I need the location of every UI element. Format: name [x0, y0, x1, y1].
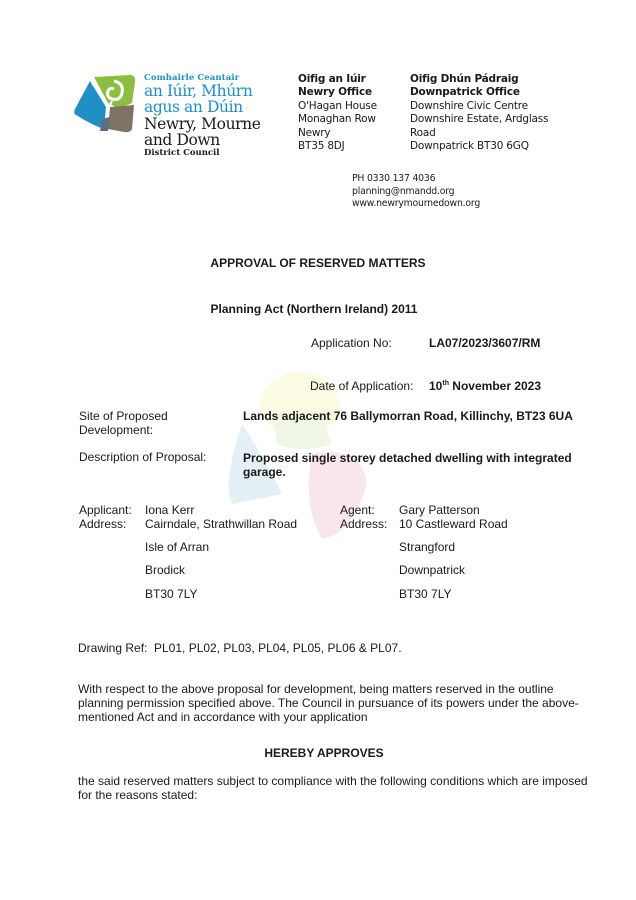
applicant-address-label: Address: — [79, 517, 126, 531]
council-name-english-small: District Council — [144, 148, 261, 159]
site-value: Lands adjacent 76 Ballymorran Road, Kill… — [243, 409, 573, 423]
date-day: 10 — [429, 379, 442, 393]
applicant-label: Applicant: — [79, 503, 132, 517]
agent-address-line: Downpatrick — [399, 563, 465, 577]
newry-office-line: O'Hagan House — [298, 100, 377, 113]
site-label: Site of Proposed Development: — [79, 409, 168, 437]
approval-paragraph: With respect to the above proposal for d… — [78, 682, 579, 724]
email-link[interactable]: planning@nmandd.org — [352, 186, 480, 199]
contact-details: PH 0330 137 4036 planning@nmandd.org www… — [352, 173, 480, 211]
applicant-address-line: Isle of Arran — [145, 540, 209, 554]
downpatrick-office-line: Downshire Estate, Ardglass — [410, 113, 548, 126]
paragraph-line: planning permission specified above. The… — [78, 696, 579, 710]
applicant-address-line: BT30 7LY — [145, 587, 197, 601]
downpatrick-office-address: Oifig Dhún Pádraig Downpatrick Office Do… — [410, 73, 548, 153]
council-name-english-line2: and Down — [144, 132, 261, 148]
agent-label: Agent: — [340, 503, 375, 517]
paragraph-line: With respect to the above proposal for d… — [78, 682, 579, 696]
agent-address-line: BT30 7LY — [399, 587, 451, 601]
council-logo-icon — [72, 73, 138, 135]
agent-address-label: Address: — [340, 517, 387, 531]
council-name-irish-line1: an Iúir, Mhúrn — [144, 83, 261, 99]
application-no-value: LA07/2023/3607/RM — [429, 336, 540, 350]
description-value: Proposed single storey detached dwelling… — [243, 451, 572, 479]
description-line1: Proposed single storey detached dwelling… — [243, 451, 572, 465]
newry-office-line: Monaghan Row — [298, 113, 377, 126]
agent-address-line: Strangford — [399, 540, 455, 554]
applicant-address-line: Brodick — [145, 563, 185, 577]
newry-office-line: BT35 8DJ — [298, 140, 377, 153]
newry-office-line: Newry — [298, 127, 377, 140]
applicant-name: Iona Kerr — [145, 503, 194, 517]
document-title: APPROVAL OF RESERVED MATTERS — [0, 256, 636, 270]
newry-office-title-irish: Oifig an Iúir — [298, 73, 366, 85]
council-name-english-line1: Newry, Mourne — [144, 116, 261, 132]
drawing-ref-label: Drawing Ref: — [78, 641, 147, 655]
drawing-ref-value: PL01, PL02, PL03, PL04, PL05, PL06 & PL0… — [154, 641, 402, 655]
downpatrick-office-title-irish: Oifig Dhún Pádraig — [410, 73, 518, 85]
conditions-paragraph: the said reserved matters subject to com… — [78, 774, 588, 802]
act-title: Planning Act (Northern Ireland) 2011 — [0, 302, 632, 316]
description-label: Description of Proposal: — [79, 450, 206, 464]
date-of-application-label: Date of Application: — [310, 379, 413, 393]
downpatrick-office-line: Road — [410, 127, 548, 140]
downpatrick-office-line: Downpatrick BT30 6GQ — [410, 140, 548, 153]
site-label-line2: Development: — [79, 423, 168, 437]
agent-address-line: 10 Castleward Road — [399, 517, 508, 531]
application-no-label: Application No: — [311, 336, 392, 350]
newry-office-address: Oifig an Iúir Newry Office O'Hagan House… — [298, 73, 377, 153]
newry-office-title-english: Newry Office — [298, 86, 372, 98]
council-name: Comhairle Ceantair an Iúir, Mhúrn agus a… — [144, 73, 261, 159]
phone-number: PH 0330 137 4036 — [352, 173, 480, 186]
hereby-approves-heading: HEREBY APPROVES — [6, 746, 636, 760]
paragraph-line: the said reserved matters subject to com… — [78, 774, 588, 788]
description-line2: garage. — [243, 465, 572, 479]
paragraph-line: for the reasons stated: — [78, 788, 588, 802]
paragraph-line: mentioned Act and in accordance with you… — [78, 710, 579, 724]
downpatrick-office-title-english: Downpatrick Office — [410, 86, 520, 98]
date-of-application-value: 10th November 2023 — [429, 379, 541, 393]
applicant-address-line: Cairndale, Strathwillan Road — [145, 517, 297, 531]
agent-name: Gary Patterson — [399, 503, 480, 517]
council-name-irish-line2: agus an Dúin — [144, 99, 261, 115]
downpatrick-office-line: Downshire Civic Centre — [410, 100, 548, 113]
date-month-year: November 2023 — [449, 379, 541, 393]
site-label-line1: Site of Proposed — [79, 409, 168, 423]
website-link[interactable]: www.newrymournedown.org — [352, 198, 480, 211]
date-suffix: th — [442, 380, 449, 387]
